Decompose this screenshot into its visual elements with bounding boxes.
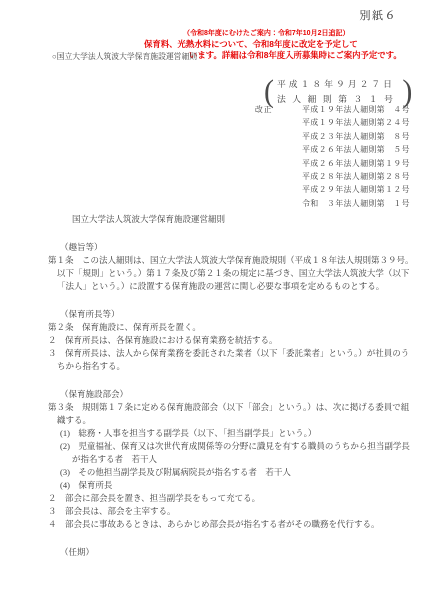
document-reference-title: ○国立大学法人筑波大学保育施設運営細則 xyxy=(52,51,197,62)
section-heading: （任期） xyxy=(60,546,414,559)
list-item: (3) その他担当副学長及び附属病院長が指名する者 若干人 xyxy=(60,466,414,479)
amendments-list: 平成１９年法人細則第 ４号 平成１９年法人細則第２４号 平成２３年法人細則第 ８… xyxy=(302,103,410,210)
amendment-entry: 平成２６年法人細則第１９号 xyxy=(302,157,410,170)
article-paragraph: 第２条 保育施設に、保育所長を置く。 xyxy=(48,321,414,334)
list-item: (4) 保育所長 xyxy=(60,479,414,492)
regulation-title: 国立大学法人筑波大学保育施設運営細則 xyxy=(72,213,414,226)
amendment-entry: 平成２９年法人細則第１２号 xyxy=(302,183,410,196)
amendments-label: 改正 xyxy=(255,104,273,115)
section-heading: （趣旨等） xyxy=(60,241,414,254)
section-heading: （保育所長等） xyxy=(60,308,414,321)
article-paragraph: 第１条 この法人細則は、国立大学法人筑波大学保育施設規則（平成１８年法人規則第３… xyxy=(48,254,414,293)
document-page: 別紙６ （令和8年度にむけたご案内：令和7年10月2日追記） 保育料、光熱水料に… xyxy=(0,0,424,600)
list-item: (1) 総務・人事を担当する副学長（以下、「担当副学長」という。） xyxy=(60,427,414,440)
amendment-entry: 平成２６年法人細則第 ５号 xyxy=(302,143,410,156)
attachment-label: 別紙６ xyxy=(360,7,398,23)
article-paragraph: ３ 部会長は、部会を主宰する。 xyxy=(48,505,414,518)
revision-notice-line-1: （令和8年度にむけたご案内：令和7年10月2日追記） xyxy=(183,28,349,38)
article-paragraph: 第３条 規則第１７条に定める保育施設部会（以下「部会」という。）は、次に掲げる委… xyxy=(48,401,414,427)
amendment-entry: 平成２８年法人細則第２８号 xyxy=(302,170,410,183)
article-paragraph: ４ 部会長に事故あるときは、あらかじめ部会長が指名する者がその職務を代行する。 xyxy=(48,518,414,531)
section-heading: （保育施設部会） xyxy=(60,388,414,401)
article-paragraph: ２ 部会に部会長を置き、担当副学長をもって充てる。 xyxy=(48,492,414,505)
article-paragraph: ３ 保育所長は、法人から保育業務を委託された業者（以下「委託業者」という。）が社… xyxy=(48,347,414,373)
enactment-date: 平成１８年９月２７日 xyxy=(277,77,399,92)
amendment-entry: 平成１９年法人細則第２４号 xyxy=(302,116,410,129)
regulation-body: 国立大学法人筑波大学保育施設運営細則 （趣旨等） 第１条 この法人細則は、国立大… xyxy=(48,213,414,559)
article-paragraph: ２ 保育所長は、各保育施設における保育業務を統括する。 xyxy=(48,334,414,347)
revision-notice-line-3: います。詳細は令和8年度入所募集時にご案内予定です。 xyxy=(189,49,402,61)
amendment-entry: 平成２３年法人細則第 ８号 xyxy=(302,130,410,143)
amendment-entry: 平成１９年法人細則第 ４号 xyxy=(302,103,410,116)
list-item: (2) 児童福祉、保育又は次世代育成関係等の分野に識見を有する職員のうちから担当… xyxy=(60,440,414,466)
amendment-entry: 令和 ３年法人細則第 １号 xyxy=(302,197,410,210)
